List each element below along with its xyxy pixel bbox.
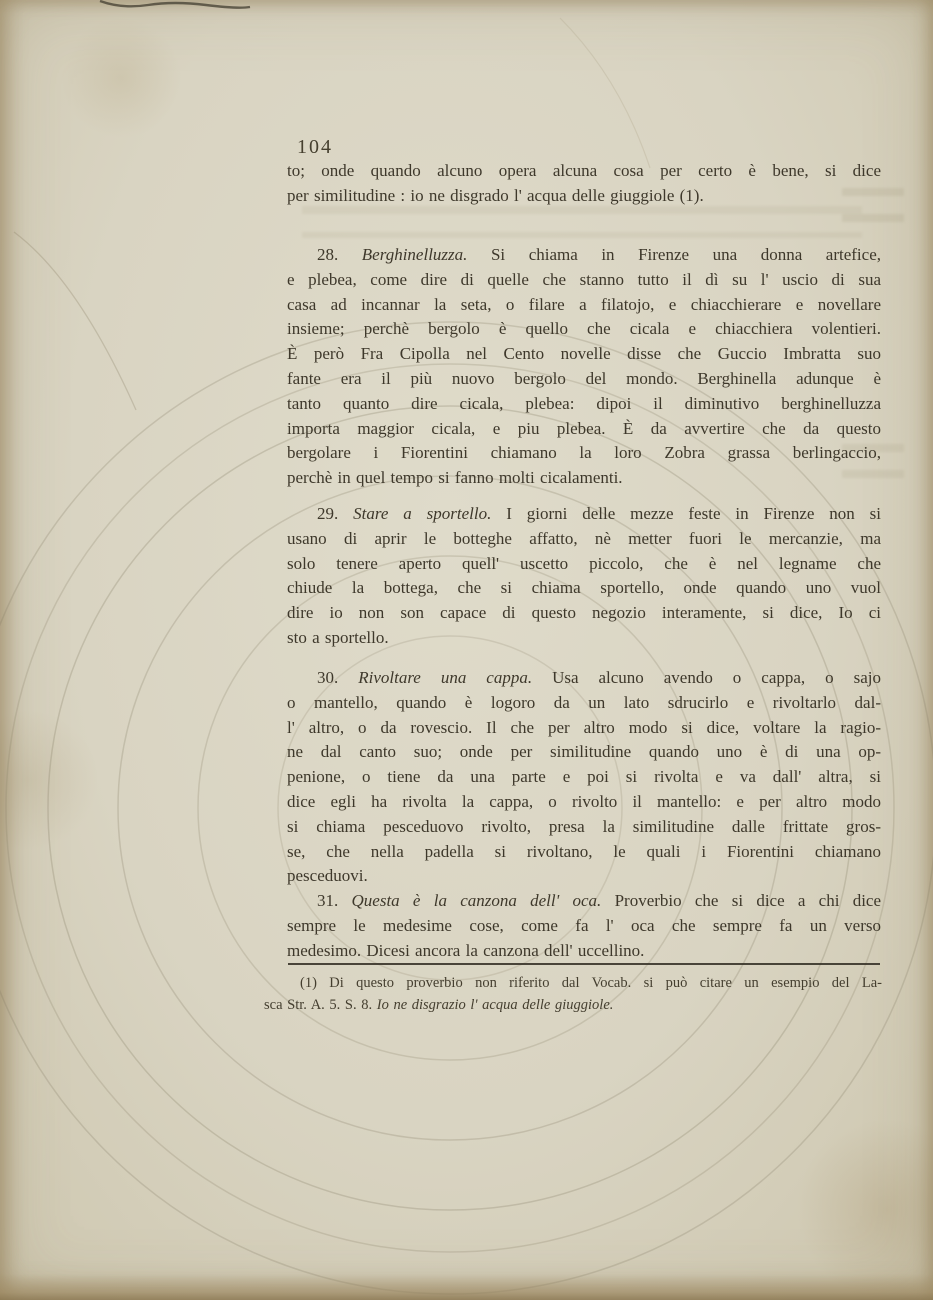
text-line: casa ad incannar la seta, o filare a fil… bbox=[287, 293, 881, 318]
text-line: usano di aprir le botteghe affatto, nè m… bbox=[287, 527, 881, 552]
entry-number: 30. bbox=[317, 668, 338, 687]
text-line: perchè in quel tempo si fanno molti cica… bbox=[287, 466, 881, 491]
footnote: (1) Di questo proverbio non riferito dal… bbox=[264, 972, 882, 1016]
entry-first-line-text: Usa alcuno avendo o cappa, o sajo bbox=[552, 668, 881, 687]
text-line: solo tenere aperto quell' uscetto piccol… bbox=[287, 552, 881, 577]
entry-number: 29. bbox=[317, 504, 338, 523]
text-line: È però Fra Cipolla nel Cento novelle dis… bbox=[287, 342, 881, 367]
text-line: penione, o tiene da una parte e poi si r… bbox=[287, 765, 881, 790]
entry-first-line-text: Si chiama in Firenze una donna artefice, bbox=[491, 245, 881, 264]
entry-29: 29. Stare a sportello. I giorni delle me… bbox=[287, 502, 881, 651]
entry-first-line-text: Proverbio che si dice a chi dice bbox=[615, 891, 881, 910]
entry-term: Questa è la canzona dell' oca. bbox=[352, 891, 602, 910]
text-line: o mantello, quando è logoro da un lato s… bbox=[287, 691, 881, 716]
entry-body: usano di aprir le botteghe affatto, nè m… bbox=[287, 527, 881, 651]
footnote-line-1: (1) Di questo proverbio non riferito dal… bbox=[264, 972, 882, 994]
text-line: bergolare i Fiorentini chiamano la loro … bbox=[287, 441, 881, 466]
text-line: dire io non son capace di questo negozio… bbox=[287, 601, 881, 626]
entry-first-line: 30. Rivoltare una cappa. Usa alcuno aven… bbox=[287, 666, 881, 691]
paper-crease bbox=[14, 232, 136, 410]
entry-first-line: 29. Stare a sportello. I giorni delle me… bbox=[287, 502, 881, 527]
footnote-line-2: sca Str. A. 5. S. 8. Io ne disgrazio l' … bbox=[264, 994, 882, 1016]
entry-number: 28. bbox=[317, 245, 338, 264]
entry-term: Stare a sportello. bbox=[353, 504, 491, 523]
text-line: chiude la bottega, che si chiama sportel… bbox=[287, 576, 881, 601]
entry-body: e plebea, come dire di quelle che stanno… bbox=[287, 268, 881, 491]
entry-body: sempre le medesime cose, come fa l' oca … bbox=[287, 914, 881, 964]
footnote-citation: sca Str. A. 5. S. 8. bbox=[264, 997, 377, 1013]
text-line: per similitudine : io ne disgrado l' acq… bbox=[287, 184, 881, 209]
text-line: si chiama pesceduovo rivolto, presa la s… bbox=[287, 815, 881, 840]
text-line: medesimo. Dicesi ancora la canzona dell'… bbox=[287, 939, 881, 964]
text-line: to; onde quando alcuno opera alcuna cosa… bbox=[287, 159, 881, 184]
entry-30: 30. Rivoltare una cappa. Usa alcuno aven… bbox=[287, 666, 881, 889]
footnote-divider bbox=[288, 963, 880, 965]
text-line: insieme; perchè bergolo è quello che cic… bbox=[287, 317, 881, 342]
page-bottom-edge bbox=[0, 1274, 933, 1300]
entry-31: 31. Questa è la canzona dell' oca. Prove… bbox=[287, 889, 881, 963]
entry-term: Berghinelluzza. bbox=[362, 245, 468, 264]
page-number: 104 bbox=[297, 136, 333, 159]
entry-first-line: 31. Questa è la canzona dell' oca. Prove… bbox=[287, 889, 881, 914]
entry-first-line-text: I giorni delle mezze feste in Firenze no… bbox=[506, 504, 881, 523]
text-line: e plebea, come dire di quelle che stanno… bbox=[287, 268, 881, 293]
entry-first-line: 28. Berghinelluzza. Si chiama in Firenze… bbox=[287, 243, 881, 268]
entry-number: 31. bbox=[317, 891, 338, 910]
text-line: l' altro, o da rovescio. Il che per altr… bbox=[287, 716, 881, 741]
show-through-text bbox=[302, 206, 862, 238]
text-line: sempre le medesime cose, come fa l' oca … bbox=[287, 914, 881, 939]
entry-28: 28. Berghinelluzza. Si chiama in Firenze… bbox=[287, 243, 881, 491]
book-page: 104 to; onde quando alcuno opera alcuna … bbox=[0, 0, 933, 1300]
entry-body: o mantello, quando è logoro da un lato s… bbox=[287, 691, 881, 889]
text-line: ne dal canto suo; onde per similitudine … bbox=[287, 740, 881, 765]
paper-crease bbox=[560, 18, 650, 168]
text-line: se, che nella padella si rivoltano, le q… bbox=[287, 840, 881, 865]
entry-term: Rivoltare una cappa. bbox=[358, 668, 532, 687]
text-line: dice egli ha rivolta la cappa, o rivolto… bbox=[287, 790, 881, 815]
text-line: sto a sportello. bbox=[287, 626, 881, 651]
text-line: tanto quanto dire cicala, plebea: dipoi … bbox=[287, 392, 881, 417]
text-line: importa maggior cicala, e piu plebea. È … bbox=[287, 417, 881, 442]
carryover-paragraph: to; onde quando alcuno opera alcuna cosa… bbox=[287, 159, 881, 209]
ink-mark bbox=[100, 1, 250, 8]
text-line: pesceduovi. bbox=[287, 864, 881, 889]
text-line: fante era il più nuovo bergolo del mondo… bbox=[287, 367, 881, 392]
footnote-quote: Io ne disgrazio l' acqua delle giuggiole… bbox=[377, 997, 614, 1013]
